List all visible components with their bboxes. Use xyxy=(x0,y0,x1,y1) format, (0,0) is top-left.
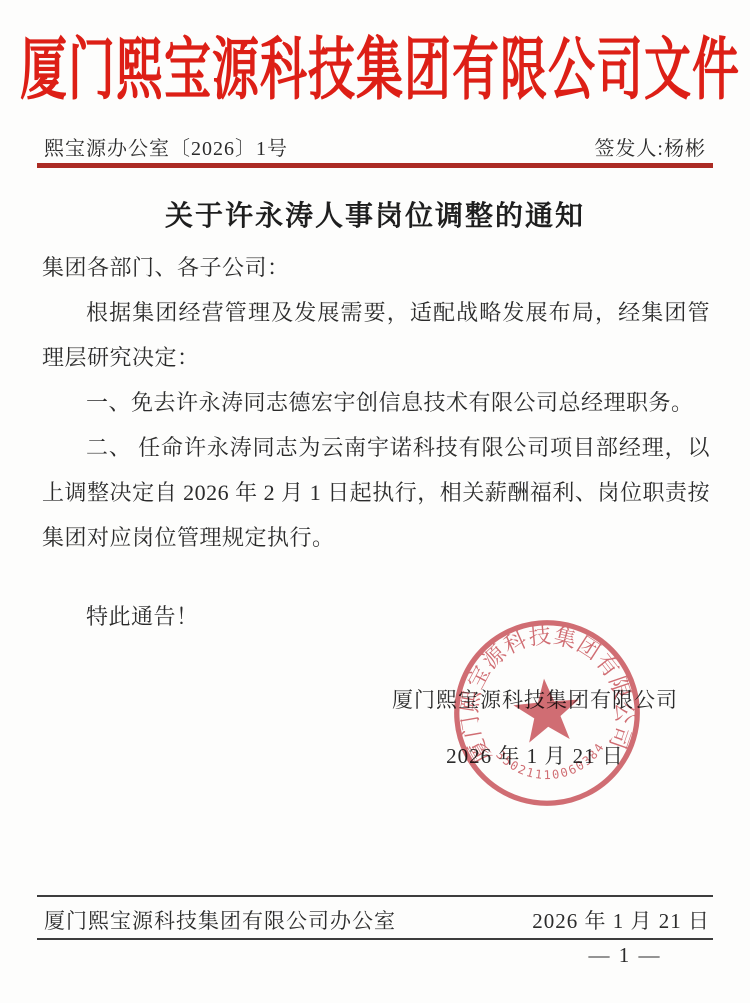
signature-date: 2026 年 1 月 21 日 xyxy=(382,740,688,772)
signature-company: 厦门熙宝源科技集团有限公司 xyxy=(382,684,688,716)
red-divider-line xyxy=(37,163,713,168)
footer-divider-bottom xyxy=(37,938,713,940)
issuer-name: 签发人:杨彬 xyxy=(594,132,706,161)
body-paragraph: 一、免去许永涛同志德宏宇创信息技术有限公司总经理职务。 xyxy=(42,380,710,425)
doc-number: 熙宝源办公室〔2026〕1号 xyxy=(44,132,288,161)
document-body: 集团各部门、各子公司： 根据集团经营管理及发展需要，适配战略发展布局，经集团管理… xyxy=(42,245,710,639)
body-paragraph: 二、 任命许永涛同志为云南宇诺科技有限公司项目部经理，以上调整决定自 2026 … xyxy=(42,425,710,560)
salutation: 集团各部门、各子公司： xyxy=(42,245,710,290)
body-paragraph: 根据集团经营管理及发展需要，适配战略发展布局，经集团管理层研究决定： xyxy=(42,290,710,380)
page-number: — 1 — xyxy=(560,943,690,968)
signature-block: 厦门熙宝源科技集团有限公司 2026 年 1 月 21 日 xyxy=(382,684,688,772)
footer-row: 厦门熙宝源科技集团有限公司办公室 2026 年 1 月 21 日 xyxy=(44,905,710,935)
official-document-page: 厦门熙宝源科技集团有限公司文件 熙宝源办公室〔2026〕1号 签发人:杨彬 关于… xyxy=(0,0,750,1003)
closing-phrase: 特此通告！ xyxy=(42,594,710,639)
document-title: 关于许永涛人事岗位调整的通知 xyxy=(0,194,750,234)
doc-reference-row: 熙宝源办公室〔2026〕1号 签发人:杨彬 xyxy=(44,132,706,161)
footer-date: 2026 年 1 月 21 日 xyxy=(532,905,710,935)
letterhead-title: 厦门熙宝源科技集团有限公司文件 xyxy=(20,16,730,113)
footer-office: 厦门熙宝源科技集团有限公司办公室 xyxy=(44,905,396,935)
footer-divider-top xyxy=(37,895,713,897)
